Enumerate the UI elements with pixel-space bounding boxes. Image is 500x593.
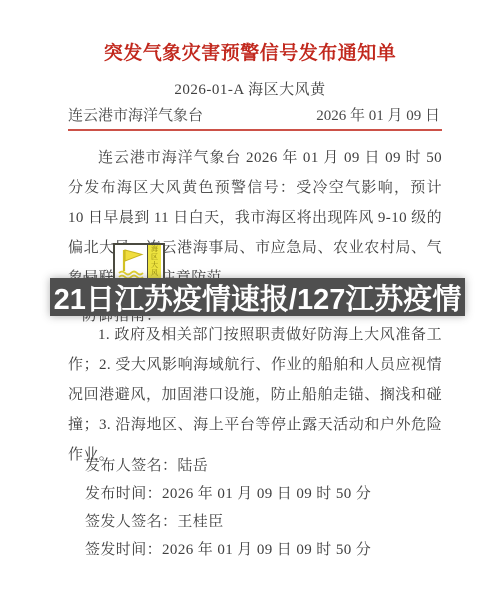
approve-time-value: 2026 年 01 月 09 日 09 时 50 分 — [162, 542, 371, 558]
publish-time-line: 发布时间：2026 年 01 月 09 日 09 时 50 分 — [85, 480, 440, 508]
signature-block: 发布人签名：陆岳 发布时间：2026 年 01 月 09 日 09 时 50 分… — [85, 452, 440, 564]
approver-signature-label: 签发人签名： — [85, 514, 177, 530]
notice-document-page: 突发气象灾害预警信号发布通知单 2026-01-A 海区大风黄 连云港市海洋气象… — [0, 0, 500, 593]
overlay-headline-banner[interactable]: 21日江苏疫情速报/127江苏疫情 — [50, 278, 465, 316]
issuer-name: 连云港市海洋气象台 — [68, 104, 203, 125]
document-title: 突发气象灾害预警信号发布通知单 — [0, 38, 500, 65]
publish-time-label: 发布时间： — [85, 486, 162, 502]
approve-time-line: 签发时间：2026 年 01 月 09 日 09 时 50 分 — [85, 536, 440, 564]
approve-time-label: 签发时间： — [85, 542, 162, 558]
document-subtitle: 2026-01-A 海区大风黄 — [0, 78, 500, 99]
approver-signature-value: 王桂臣 — [177, 514, 223, 530]
defense-guide-paragraph: 1. 政府及相关部门按照职责做好防海上大风准备工作；2. 受大风影响海域航行、作… — [68, 320, 442, 470]
publisher-signature-line: 发布人签名：陆岳 — [85, 452, 440, 480]
overlay-headline-text: 21日江苏疫情速报/127江苏疫情 — [54, 277, 462, 318]
publish-time-value: 2026 年 01 月 09 日 09 时 50 分 — [162, 486, 371, 502]
header-divider-rule — [68, 129, 442, 131]
publisher-signature-value: 陆岳 — [177, 458, 208, 474]
approver-signature-line: 签发人签名：王桂臣 — [85, 508, 440, 536]
issue-date: 2026 年 01 月 09 日 — [316, 104, 440, 125]
publisher-signature-label: 发布人签名： — [85, 458, 177, 474]
document-header-row: 连云港市海洋气象台 2026 年 01 月 09 日 — [68, 104, 440, 125]
